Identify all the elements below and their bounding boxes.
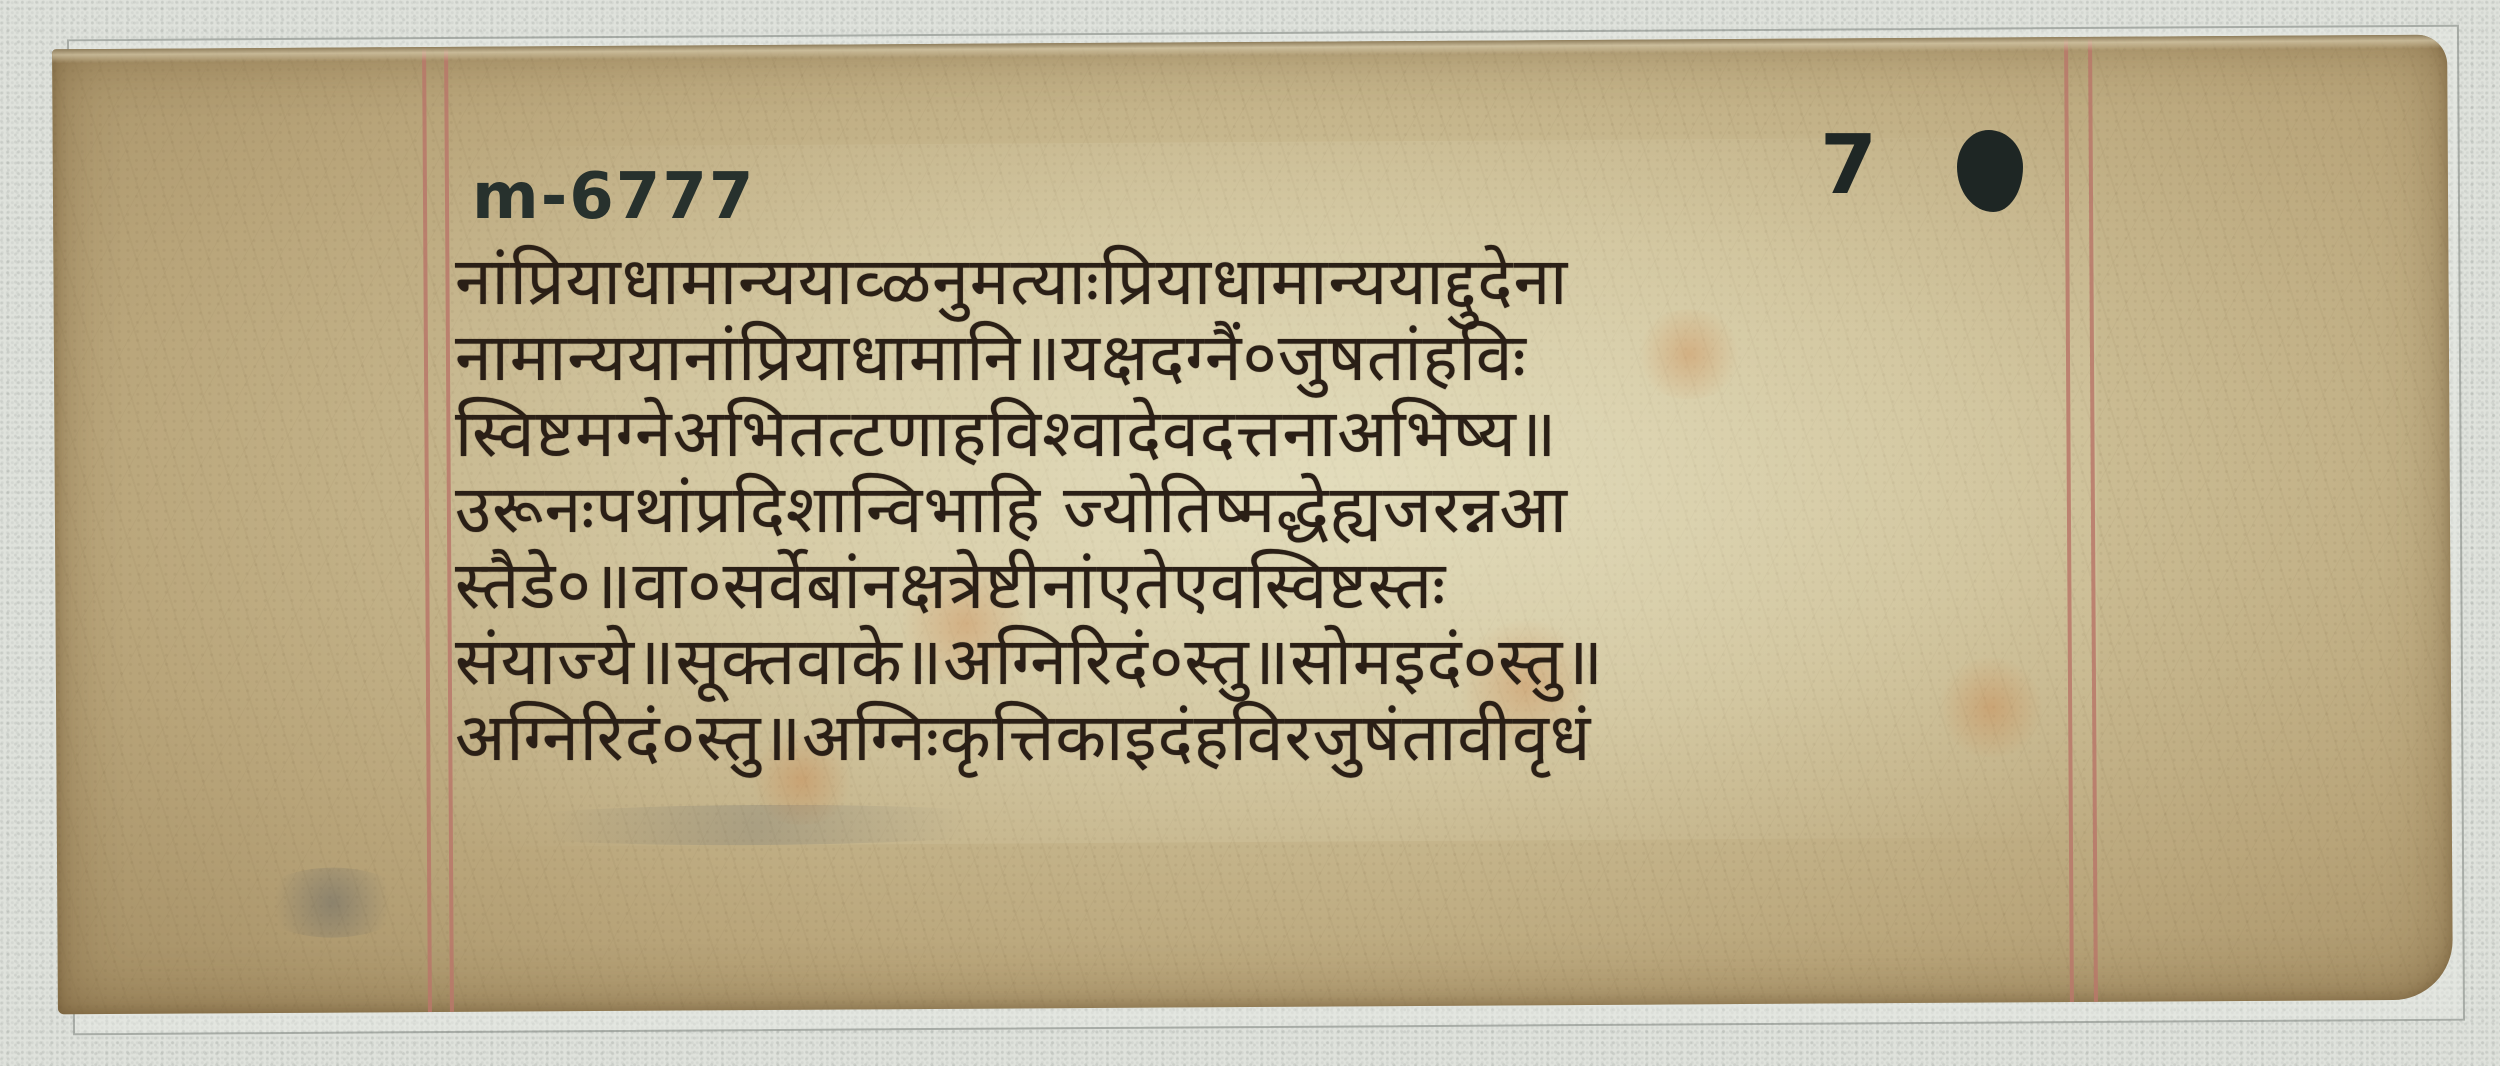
text-line-2: नामान्ययानांप्रियाधामानि॥यक्षदग्नैं०जुषत… <box>455 320 2155 396</box>
text-line-3: स्विष्टमग्नेअभितत्टणाहविश्वादेवदत्तनाअभि… <box>455 396 2155 472</box>
manuscript-text: नांप्रियाधामान्ययाव्ळनुमत्याःप्रियाधामान… <box>455 244 2155 776</box>
catalog-number: m-6777 <box>472 160 755 234</box>
ink-smudge <box>257 867 407 938</box>
text-line-4: उरूनःपथांप्रदिशान्विभाहि ज्योतिष्मद्धेह्… <box>455 472 2155 548</box>
text-line-1: नांप्रियाधामान्ययाव्ळनुमत्याःप्रियाधामान… <box>455 244 2155 320</box>
text-line-5: स्तैडे०॥वा०सर्वेबांनक्षत्रेष्टीनांएतेएवस… <box>455 548 2155 624</box>
folio-number: 7 <box>1820 118 1877 213</box>
text-line-7: अग्निरिदं०स्तु॥अग्निःकृत्तिकाइदंहविरजुषं… <box>455 700 2155 776</box>
left-margin-rule-outer <box>422 47 432 1012</box>
text-line-6: संयाज्ये॥सूक्तवाके॥अग्निरिदं०स्तु॥सोमइदं… <box>455 624 2155 700</box>
